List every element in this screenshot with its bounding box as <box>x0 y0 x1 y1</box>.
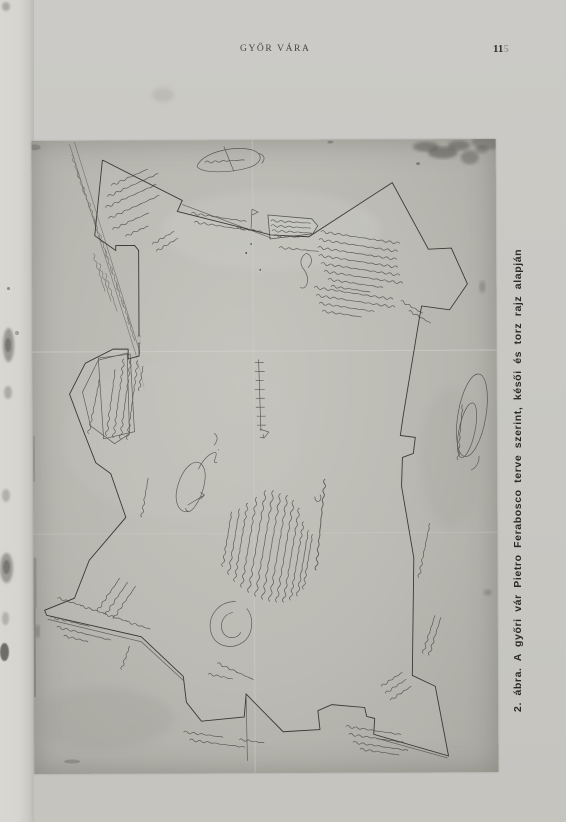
fortress-outline <box>43 158 470 761</box>
gate-gap <box>137 336 141 343</box>
fortress-map-figure <box>32 139 499 774</box>
page-left-margin <box>0 0 34 822</box>
stain-blob <box>3 560 10 574</box>
figure-caption: 2. ábra. A győri vár Pietro Ferabosco te… <box>512 182 524 712</box>
top-signature-flourish <box>197 146 264 172</box>
stain-blob <box>5 338 11 352</box>
stain-dot <box>15 331 19 335</box>
paper-spot <box>152 88 174 102</box>
stain-blob <box>2 2 10 11</box>
stain-blob <box>2 612 9 625</box>
stain-dot <box>7 287 10 290</box>
running-title: GYŐR VÁRA <box>240 44 310 54</box>
page-number: 115 <box>493 43 509 55</box>
stain-blob <box>4 386 12 399</box>
stain-blob <box>2 489 10 502</box>
stain-blob <box>0 643 9 661</box>
book-page: GYŐR VÁRA 115 <box>0 0 566 822</box>
